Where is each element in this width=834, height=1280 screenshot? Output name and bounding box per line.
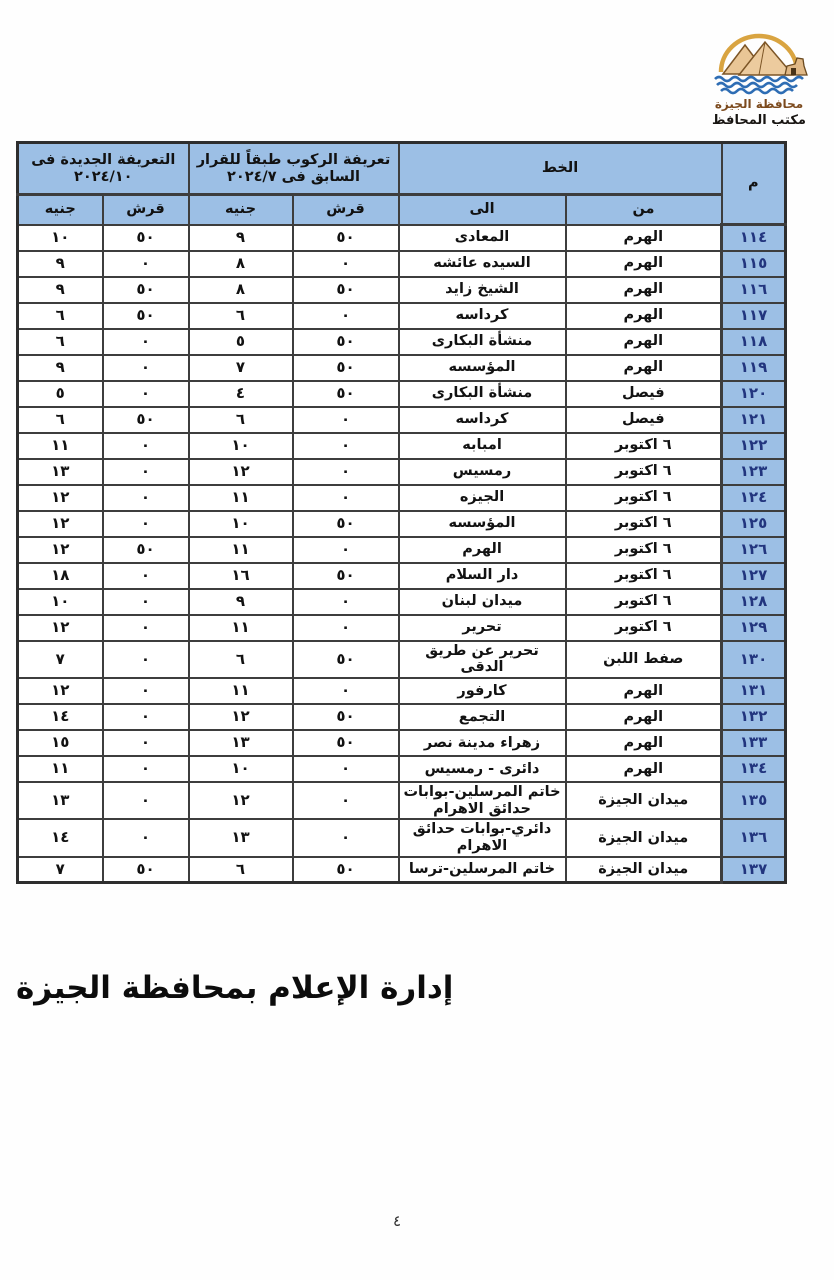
from-cell: ٦ اكتوبر: [566, 459, 722, 485]
to-cell: تحرير عن طريق الدقى: [399, 641, 566, 678]
serial-cell: ١٣٢: [722, 704, 786, 730]
serial-cell: ١٢١: [722, 407, 786, 433]
header-line-group: الخط: [399, 143, 722, 195]
serial-cell: ١٢٣: [722, 459, 786, 485]
to-cell: الشيخ زايد: [399, 277, 566, 303]
from-cell: فيصل: [566, 381, 722, 407]
table-row: ١٣٦ميدان الجيزةدائري-بوابات حدائق الاهرا…: [18, 819, 786, 856]
to-cell: المؤسسه: [399, 355, 566, 381]
new-qirsh-cell: ٠: [103, 756, 189, 782]
prev-qirsh-cell: ٥٠: [293, 329, 399, 355]
prev-qirsh-cell: ٥٠: [293, 277, 399, 303]
new-qirsh-cell: ٥٠: [103, 303, 189, 329]
from-cell: ٦ اكتوبر: [566, 485, 722, 511]
table-row: ١١٨الهرممنشأة البكارى٥٠٥٠٦: [18, 329, 786, 355]
serial-cell: ١٢٧: [722, 563, 786, 589]
to-cell: كرداسه: [399, 303, 566, 329]
prev-geneh-cell: ٥: [189, 329, 293, 355]
new-qirsh-cell: ٠: [103, 678, 189, 704]
to-cell: المعادى: [399, 225, 566, 251]
logo-governorate-name: محافظة الجيزة: [700, 97, 818, 111]
new-qirsh-cell: ٠: [103, 459, 189, 485]
prev-geneh-cell: ١١: [189, 537, 293, 563]
prev-qirsh-cell: ٥٠: [293, 641, 399, 678]
prev-geneh-cell: ٨: [189, 251, 293, 277]
prev-geneh-cell: ١٢: [189, 704, 293, 730]
table-row: ١١٩الهرمالمؤسسه٥٠٧٠٩: [18, 355, 786, 381]
footer-department-title: إدارة الإعلام بمحافظة الجيزة: [16, 970, 453, 1006]
from-cell: الهرم: [566, 756, 722, 782]
fare-table-header: م الخط تعريفة الركوب طبقاً للقرار السابق…: [18, 143, 786, 225]
serial-cell: ١٢٥: [722, 511, 786, 537]
prev-geneh-cell: ٤: [189, 381, 293, 407]
serial-cell: ١١٥: [722, 251, 786, 277]
table-row: ١١٦الهرمالشيخ زايد٥٠٨٥٠٩: [18, 277, 786, 303]
prev-geneh-cell: ٦: [189, 407, 293, 433]
from-cell: فيصل: [566, 407, 722, 433]
fare-table-body: ١١٤الهرمالمعادى٥٠٩٥٠١٠١١٥الهرمالسيده عائ…: [18, 225, 786, 883]
to-cell: التجمع: [399, 704, 566, 730]
prev-geneh-cell: ٩: [189, 225, 293, 251]
prev-geneh-cell: ١٣: [189, 730, 293, 756]
new-geneh-cell: ١٤: [18, 704, 103, 730]
prev-qirsh-cell: ٠: [293, 537, 399, 563]
new-geneh-cell: ١١: [18, 433, 103, 459]
table-row: ١٣٥ميدان الجيزةخاتم المرسلين-بوابات حدائ…: [18, 782, 786, 819]
prev-qirsh-cell: ٠: [293, 756, 399, 782]
new-geneh-cell: ١٣: [18, 782, 103, 819]
new-geneh-cell: ٩: [18, 277, 103, 303]
new-geneh-cell: ١٢: [18, 678, 103, 704]
new-geneh-cell: ٧: [18, 641, 103, 678]
to-cell: كارفور: [399, 678, 566, 704]
to-cell: المؤسسه: [399, 511, 566, 537]
prev-geneh-cell: ٧: [189, 355, 293, 381]
new-qirsh-cell: ٠: [103, 782, 189, 819]
table-row: ١٢٣٦ اكتوبررمسيس٠١٢٠١٣: [18, 459, 786, 485]
new-geneh-cell: ١٢: [18, 615, 103, 641]
header-from: من: [566, 195, 722, 225]
new-geneh-cell: ٦: [18, 329, 103, 355]
table-row: ١٣٠صفط اللبنتحرير عن طريق الدقى٥٠٦٠٧: [18, 641, 786, 678]
table-row: ١١٥الهرمالسيده عائشه٠٨٠٩: [18, 251, 786, 277]
new-qirsh-cell: ٠: [103, 641, 189, 678]
header-new-qirsh: قرش: [103, 195, 189, 225]
new-qirsh-cell: ٥٠: [103, 537, 189, 563]
serial-cell: ١٣٥: [722, 782, 786, 819]
prev-geneh-cell: ١٠: [189, 756, 293, 782]
header-new-geneh: جنيه: [18, 195, 103, 225]
table-row: ١٢٩٦ اكتوبرتحرير٠١١٠١٢: [18, 615, 786, 641]
new-geneh-cell: ١٥: [18, 730, 103, 756]
to-cell: تحرير: [399, 615, 566, 641]
new-qirsh-cell: ٠: [103, 355, 189, 381]
new-geneh-cell: ٩: [18, 355, 103, 381]
from-cell: الهرم: [566, 277, 722, 303]
new-qirsh-cell: ٠: [103, 485, 189, 511]
prev-geneh-cell: ٦: [189, 303, 293, 329]
prev-qirsh-cell: ٥٠: [293, 730, 399, 756]
serial-cell: ١٢٤: [722, 485, 786, 511]
serial-cell: ١٣٤: [722, 756, 786, 782]
prev-geneh-cell: ١١: [189, 615, 293, 641]
from-cell: ٦ اكتوبر: [566, 589, 722, 615]
new-qirsh-cell: ٠: [103, 251, 189, 277]
new-qirsh-cell: ٠: [103, 329, 189, 355]
giza-governorate-logo: محافظة الجيزة مكتب المحافظ: [700, 22, 818, 128]
new-geneh-cell: ٩: [18, 251, 103, 277]
new-geneh-cell: ٦: [18, 303, 103, 329]
from-cell: الهرم: [566, 355, 722, 381]
to-cell: دار السلام: [399, 563, 566, 589]
new-qirsh-cell: ٠: [103, 589, 189, 615]
prev-qirsh-cell: ٥٠: [293, 381, 399, 407]
table-row: ١١٤الهرمالمعادى٥٠٩٥٠١٠: [18, 225, 786, 251]
from-cell: ٦ اكتوبر: [566, 563, 722, 589]
new-qirsh-cell: ٠: [103, 433, 189, 459]
from-cell: الهرم: [566, 225, 722, 251]
prev-qirsh-cell: ٠: [293, 407, 399, 433]
prev-geneh-cell: ٦: [189, 641, 293, 678]
serial-cell: ١١٩: [722, 355, 786, 381]
table-row: ١٣٧ميدان الجيزةخاتم المرسلين-ترسا٥٠٦٥٠٧: [18, 857, 786, 883]
new-geneh-cell: ١٨: [18, 563, 103, 589]
serial-cell: ١٣٦: [722, 819, 786, 856]
to-cell: خاتم المرسلين-بوابات حدائق الاهرام: [399, 782, 566, 819]
new-geneh-cell: ١٢: [18, 537, 103, 563]
page-number: ٤: [0, 1212, 794, 1230]
to-cell: الجيزه: [399, 485, 566, 511]
from-cell: صفط اللبن: [566, 641, 722, 678]
prev-qirsh-cell: ٥٠: [293, 704, 399, 730]
to-cell: منشأة البكارى: [399, 329, 566, 355]
prev-geneh-cell: ١١: [189, 678, 293, 704]
from-cell: ٦ اكتوبر: [566, 433, 722, 459]
prev-qirsh-cell: ٠: [293, 589, 399, 615]
new-qirsh-cell: ٥٠: [103, 407, 189, 433]
prev-qirsh-cell: ٠: [293, 251, 399, 277]
prev-qirsh-cell: ٥٠: [293, 563, 399, 589]
prev-geneh-cell: ١٦: [189, 563, 293, 589]
prev-geneh-cell: ٦: [189, 857, 293, 883]
to-cell: دائري-بوابات حدائق الاهرام: [399, 819, 566, 856]
header-new-fare-group: التعريفة الجديدة فى ٢٠٢٤/١٠: [18, 143, 189, 195]
prev-geneh-cell: ١٠: [189, 511, 293, 537]
serial-cell: ١٢٢: [722, 433, 786, 459]
to-cell: السيده عائشه: [399, 251, 566, 277]
serial-cell: ١١٧: [722, 303, 786, 329]
from-cell: الهرم: [566, 678, 722, 704]
table-row: ١٢٦٦ اكتوبرالهرم٠١١٥٠١٢: [18, 537, 786, 563]
pyramids-nile-sun-icon: [707, 22, 811, 96]
header-prev-geneh: جنيه: [189, 195, 293, 225]
to-cell: دائرى - رمسيس: [399, 756, 566, 782]
new-geneh-cell: ١٢: [18, 511, 103, 537]
table-row: ١٢٤٦ اكتوبرالجيزه٠١١٠١٢: [18, 485, 786, 511]
header-prev-qirsh: قرش: [293, 195, 399, 225]
new-geneh-cell: ١٣: [18, 459, 103, 485]
serial-cell: ١١٦: [722, 277, 786, 303]
to-cell: رمسيس: [399, 459, 566, 485]
prev-geneh-cell: ١١: [189, 485, 293, 511]
to-cell: منشأة البكارى: [399, 381, 566, 407]
serial-cell: ١١٨: [722, 329, 786, 355]
prev-geneh-cell: ١٠: [189, 433, 293, 459]
header-to: الى: [399, 195, 566, 225]
new-geneh-cell: ١٠: [18, 225, 103, 251]
new-qirsh-cell: ٠: [103, 730, 189, 756]
table-row: ١٣٣الهرمزهراء مدينة نصر٥٠١٣٠١٥: [18, 730, 786, 756]
prev-qirsh-cell: ٥٠: [293, 225, 399, 251]
table-row: ١١٧الهرمكرداسه٠٦٥٠٦: [18, 303, 786, 329]
serial-cell: ١١٤: [722, 225, 786, 251]
fare-table: م الخط تعريفة الركوب طبقاً للقرار السابق…: [16, 141, 787, 884]
from-cell: الهرم: [566, 730, 722, 756]
prev-geneh-cell: ١٣: [189, 819, 293, 856]
new-geneh-cell: ٥: [18, 381, 103, 407]
from-cell: ٦ اكتوبر: [566, 537, 722, 563]
prev-qirsh-cell: ٠: [293, 615, 399, 641]
from-cell: ميدان الجيزة: [566, 819, 722, 856]
prev-qirsh-cell: ٠: [293, 433, 399, 459]
new-geneh-cell: ٦: [18, 407, 103, 433]
prev-qirsh-cell: ٥٠: [293, 857, 399, 883]
to-cell: ميدان لبنان: [399, 589, 566, 615]
serial-cell: ١٢٦: [722, 537, 786, 563]
new-qirsh-cell: ٥٠: [103, 857, 189, 883]
new-geneh-cell: ١٢: [18, 485, 103, 511]
table-row: ١٢٠فيصلمنشأة البكارى٥٠٤٠٥: [18, 381, 786, 407]
new-geneh-cell: ١٤: [18, 819, 103, 856]
serial-cell: ١٣٠: [722, 641, 786, 678]
prev-qirsh-cell: ٠: [293, 459, 399, 485]
serial-cell: ١٣٣: [722, 730, 786, 756]
new-geneh-cell: ١١: [18, 756, 103, 782]
from-cell: الهرم: [566, 251, 722, 277]
table-row: ١٢١فيصلكرداسه٠٦٥٠٦: [18, 407, 786, 433]
table-row: ١٢٢٦ اكتوبرامبابه٠١٠٠١١: [18, 433, 786, 459]
serial-cell: ١٣٧: [722, 857, 786, 883]
new-qirsh-cell: ٠: [103, 704, 189, 730]
new-qirsh-cell: ٠: [103, 511, 189, 537]
table-row: ١٢٨٦ اكتوبرميدان لبنان٠٩٠١٠: [18, 589, 786, 615]
serial-cell: ١٢٨: [722, 589, 786, 615]
table-row: ١٢٧٦ اكتوبردار السلام٥٠١٦٠١٨: [18, 563, 786, 589]
to-cell: خاتم المرسلين-ترسا: [399, 857, 566, 883]
new-qirsh-cell: ٥٠: [103, 225, 189, 251]
serial-cell: ١٢٩: [722, 615, 786, 641]
from-cell: ٦ اكتوبر: [566, 511, 722, 537]
prev-geneh-cell: ٩: [189, 589, 293, 615]
prev-qirsh-cell: ٥٠: [293, 355, 399, 381]
from-cell: ميدان الجيزة: [566, 857, 722, 883]
from-cell: ٦ اكتوبر: [566, 615, 722, 641]
scanned-document-page: محافظة الجيزة مكتب المحافظ م الخط تعريفة…: [0, 0, 834, 1280]
serial-cell: ١٢٠: [722, 381, 786, 407]
table-row: ١٣١الهرمكارفور٠١١٠١٢: [18, 678, 786, 704]
new-qirsh-cell: ٥٠: [103, 277, 189, 303]
from-cell: الهرم: [566, 303, 722, 329]
to-cell: زهراء مدينة نصر: [399, 730, 566, 756]
prev-qirsh-cell: ٠: [293, 782, 399, 819]
new-qirsh-cell: ٠: [103, 563, 189, 589]
to-cell: امبابه: [399, 433, 566, 459]
header-previous-fare-group: تعريفة الركوب طبقاً للقرار السابق فى ٢٠٢…: [189, 143, 399, 195]
prev-qirsh-cell: ٥٠: [293, 511, 399, 537]
table-row: ١٣٤الهرمدائرى - رمسيس٠١٠٠١١: [18, 756, 786, 782]
from-cell: الهرم: [566, 329, 722, 355]
to-cell: الهرم: [399, 537, 566, 563]
new-qirsh-cell: ٠: [103, 819, 189, 856]
serial-cell: ١٣١: [722, 678, 786, 704]
prev-qirsh-cell: ٠: [293, 485, 399, 511]
from-cell: الهرم: [566, 704, 722, 730]
table-row: ١٣٢الهرمالتجمع٥٠١٢٠١٤: [18, 704, 786, 730]
prev-geneh-cell: ١٢: [189, 459, 293, 485]
prev-qirsh-cell: ٠: [293, 678, 399, 704]
prev-qirsh-cell: ٠: [293, 303, 399, 329]
prev-geneh-cell: ١٢: [189, 782, 293, 819]
new-qirsh-cell: ٠: [103, 615, 189, 641]
prev-geneh-cell: ٨: [189, 277, 293, 303]
new-geneh-cell: ١٠: [18, 589, 103, 615]
from-cell: ميدان الجيزة: [566, 782, 722, 819]
table-row: ١٢٥٦ اكتوبرالمؤسسه٥٠١٠٠١٢: [18, 511, 786, 537]
logo-office-name: مكتب المحافظ: [700, 113, 818, 128]
new-geneh-cell: ٧: [18, 857, 103, 883]
new-qirsh-cell: ٠: [103, 381, 189, 407]
header-serial: م: [722, 143, 786, 225]
prev-qirsh-cell: ٠: [293, 819, 399, 856]
to-cell: كرداسه: [399, 407, 566, 433]
